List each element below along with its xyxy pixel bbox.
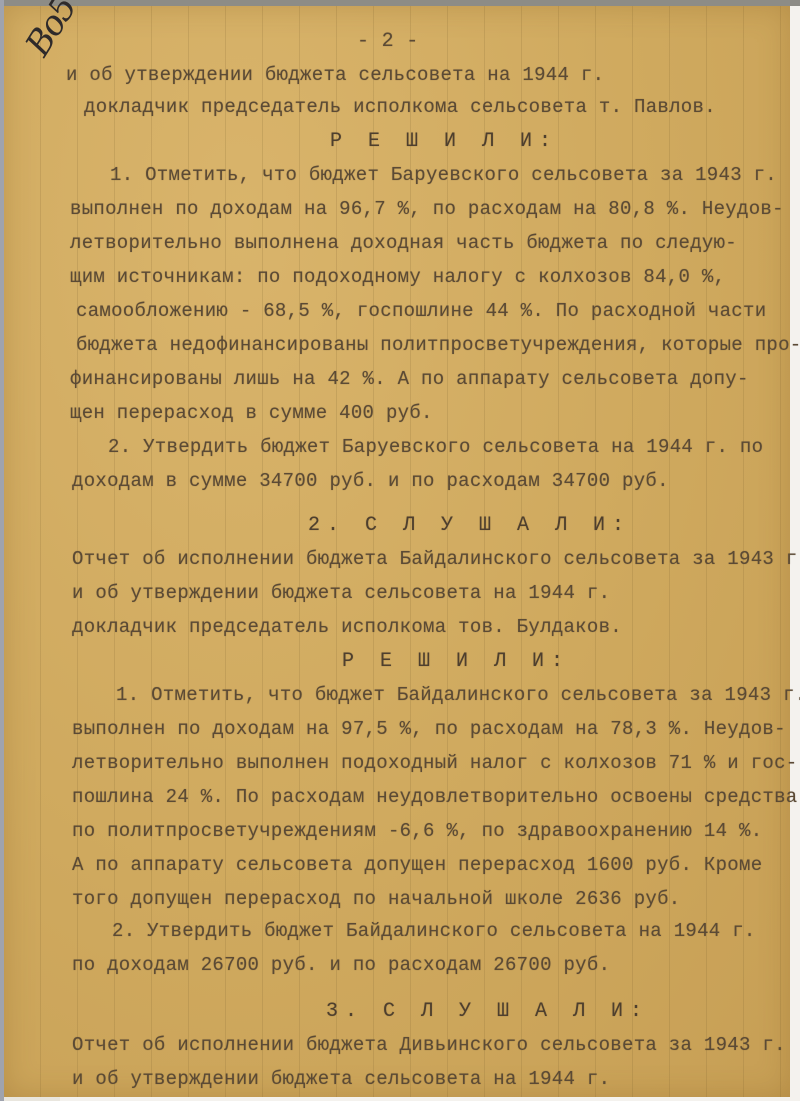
section-heading-resolved: Р Е Ш И Л И: [330, 130, 558, 153]
text-line: Отчет об исполнении бюджета Байдалинског… [72, 548, 800, 570]
text-line: по политпросветучреждениям -6,6 %, по зд… [72, 820, 762, 842]
text-line: докладчик председатель исполкома тов. Бу… [72, 616, 622, 638]
text-line: финансированы лишь на 42 %. А по аппарат… [70, 368, 749, 390]
text-line: того допущен перерасход по начальной шко… [72, 888, 681, 910]
text-line: выполнен по доходам на 97,5 %, по расход… [72, 718, 786, 740]
section-heading-heard-2: 2. С Л У Ш А Л И: [308, 514, 631, 537]
text-line: Отчет об исполнении бюджета Дивьинского … [72, 1034, 786, 1056]
text-line: щен перерасход в сумме 400 руб. [70, 402, 433, 424]
page-number: - 2 - [357, 30, 419, 53]
text-line: 1. Отметить, что бюджет Баруевского сель… [110, 164, 777, 186]
text-line: и об утверждении бюджета сельсовета на 1… [66, 64, 604, 86]
text-line: выполнен по доходам на 96,7 %, по расход… [70, 198, 784, 220]
text-line: и об утверждении бюджета сельсовета на 1… [72, 1068, 610, 1090]
text-line: 2. Утвердить бюджет Байдалинского сельсо… [112, 920, 756, 942]
text-line: бюджета недофинансированы политпросветуч… [76, 334, 800, 356]
text-line: доходам в сумме 34700 руб. и по расходам… [72, 470, 669, 492]
text-line: щим источникам: по подоходному налогу с … [70, 266, 725, 288]
text-line: 1. Отметить, что бюджет Байдалинского се… [116, 684, 800, 706]
text-line: по доходам 26700 руб. и по расходам 2670… [72, 954, 610, 976]
text-line: 2. Утвердить бюджет Баруевского сельсове… [108, 436, 763, 458]
text-line: летворительно выполнена доходная часть б… [70, 232, 737, 254]
text-line: пошлина 24 %. По расходам неудовлетворит… [72, 786, 798, 808]
text-line: и об утверждении бюджета сельсовета на 1… [72, 582, 610, 604]
text-line: летворительно выполнен подоходный налог … [72, 752, 798, 774]
text-line: А по аппарату сельсовета допущен перерас… [72, 854, 762, 876]
section-heading-heard-3: 3. С Л У Ш А Л И: [326, 1000, 649, 1023]
text-line: самообложению - 68,5 %, госпошлине 44 %.… [76, 300, 766, 322]
text-line: докладчик председатель исполкома сельсов… [84, 96, 716, 118]
section-heading-resolved-2: Р Е Ш И Л И: [342, 650, 570, 673]
